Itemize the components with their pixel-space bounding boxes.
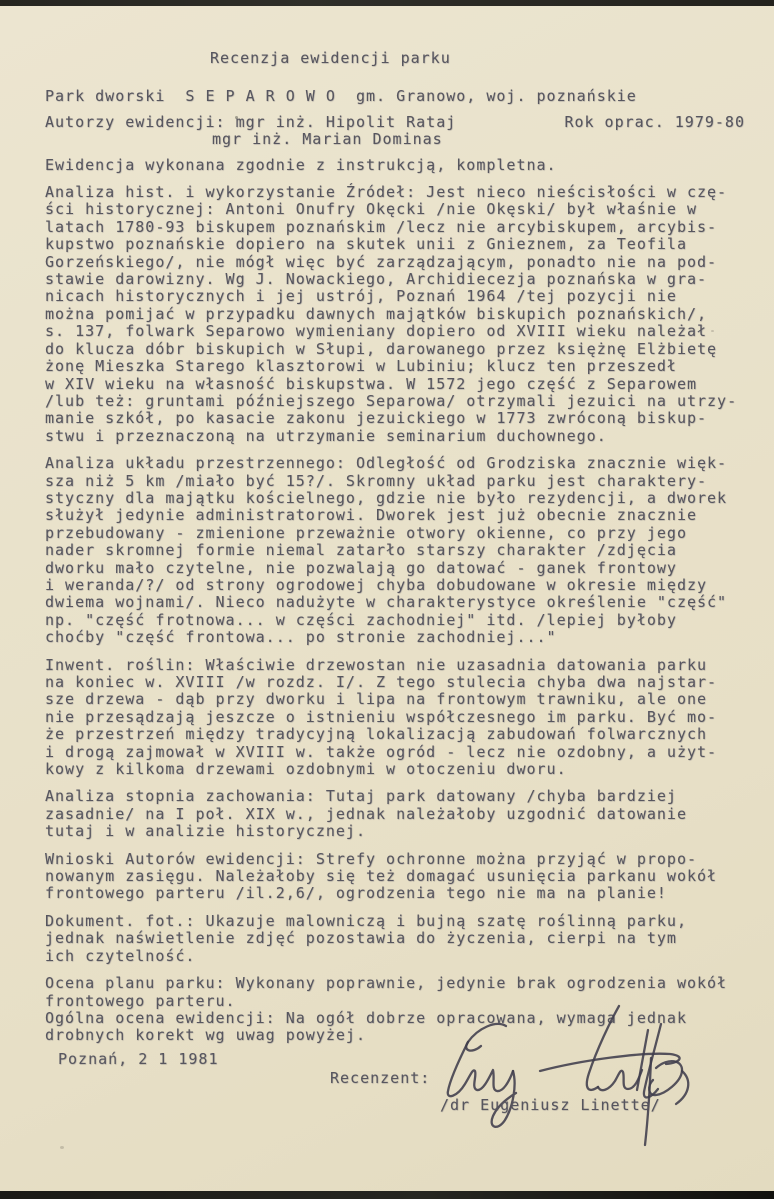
- text-line: latach 1780-93 biskupem poznańskim /lecz…: [45, 219, 760, 236]
- text-line: nicach historycznych i jej ustrój, Pozna…: [45, 288, 760, 305]
- text-line: styczny dla majątku kościelnego, gdzie n…: [45, 490, 760, 507]
- text-line: Inwent. roślin: Właściwie drzewostan nie…: [45, 657, 760, 674]
- text-line: Wnioski Autorów ewidencji: Strefy ochron…: [45, 851, 760, 868]
- typed-paragraph: Analiza hist. i wykorzystanie Źródeł: Je…: [45, 184, 760, 445]
- text-line: kowy z kilkoma drzewami ozdobnymi w otoc…: [45, 761, 760, 778]
- text-line: /lub też: gruntami późniejszego Separowa…: [45, 393, 760, 410]
- scan-edge-bottom: [0, 1191, 774, 1199]
- text-line: frontowego parteru /il.2,6/, ogrodzenia …: [45, 885, 760, 902]
- text-line: służył jedynie administratorowi. Dworek …: [45, 507, 760, 524]
- year-of-elaboration: Rok oprac. 1979-80: [564, 114, 745, 131]
- authors-row: Autorzy ewidencji: mgr inż. Hipolit Rata…: [45, 114, 745, 131]
- typed-paragraph: Analiza stopnia zachowania: Tutaj park d…: [45, 788, 760, 840]
- document-body: Analiza hist. i wykorzystanie Źródeł: Je…: [45, 184, 760, 1045]
- text-line: i drogą zajmował w XVIII w. także ogród …: [45, 744, 760, 761]
- text-line: i weranda/?/ od strony ogrodowej chyba d…: [45, 577, 760, 594]
- reviewer-signature-ink: [430, 998, 730, 1158]
- paper-speck: [60, 1146, 64, 1149]
- typed-paragraph: Dokument. fot.: Ukazuje malowniczą i buj…: [45, 913, 760, 965]
- reviewer-name-line: /dr Eugeniusz Linette/: [440, 1096, 661, 1114]
- text-line: nader skromnej formie niemal zatarło sta…: [45, 542, 760, 559]
- text-line: kupstwo poznańskie dopiero na skutek uni…: [45, 236, 760, 253]
- text-line: stawie darowizny. Wg J. Nowackiego, Arch…: [45, 271, 760, 288]
- text-line: tutaj i w analizie historycznej.: [45, 823, 760, 840]
- document-page: Recenzja ewidencji parku Park dworski S …: [0, 0, 774, 1199]
- second-author-line: mgr inż. Marian Dominas: [45, 131, 760, 148]
- text-line: nowanym zasięgu. Należałoby się też doma…: [45, 868, 760, 885]
- text-line: nie przesądzają jeszcze o istnieniu wspó…: [45, 709, 760, 726]
- document-title: Recenzja ewidencji parku: [45, 50, 760, 67]
- text-line: że przestrzeń między tradycyjną lokaliza…: [45, 726, 760, 743]
- text-line: dworku mało czytelne, nie pozwalają go d…: [45, 560, 760, 577]
- paper-speck: [235, 116, 238, 119]
- paper-speck: [711, 330, 714, 332]
- park-name-line: Park dworski S E P A R O W O gm. Granowo…: [45, 88, 760, 105]
- text-line: Ocena planu parku: Wykonany poprawnie, j…: [45, 975, 760, 992]
- text-line: np. "część frotnowa... w części zachodni…: [45, 612, 760, 629]
- typed-paragraph: Inwent. roślin: Właściwie drzewostan nie…: [45, 657, 760, 779]
- text-line: Dokument. fot.: Ukazuje malowniczą i buj…: [45, 913, 760, 930]
- text-line: dwiema wojnami/. Nieco nadużyte w charak…: [45, 594, 760, 611]
- text-line: manie szkół, po kasacie zakonu jezuickie…: [45, 410, 760, 427]
- typed-paragraph: Analiza układu przestrzennego: Odległość…: [45, 455, 760, 646]
- text-line: zasadnie/ na I poł. XIX w., jednak należ…: [45, 806, 760, 823]
- text-line: w XIV wieku na własność biskupstwa. W 15…: [45, 376, 760, 393]
- text-line: przebudowany - zmienione przeważnie otwo…: [45, 525, 760, 542]
- typed-paragraph: Wnioski Autorów ewidencji: Strefy ochron…: [45, 851, 760, 903]
- authors-line: Autorzy ewidencji: mgr inż. Hipolit Rata…: [45, 114, 456, 131]
- text-line: Analiza stopnia zachowania: Tutaj park d…: [45, 788, 760, 805]
- text-line: choćby "część frontowa... po stronie zac…: [45, 629, 760, 646]
- text-line: sze drzewa - dąb przy dworku i lipa na f…: [45, 691, 760, 708]
- text-line: ści historycznej: Antoni Onufry Okęcki /…: [45, 201, 760, 218]
- text-line: stwu i przeznaczoną na utrzymanie semina…: [45, 428, 760, 445]
- text-line: jednak naświetlenie zdjęć pozostawia do …: [45, 930, 760, 947]
- text-line: Analiza układu przestrzennego: Odległość…: [45, 455, 760, 472]
- scan-edge-top: [0, 0, 774, 6]
- completeness-note: Ewidencja wykonana zgodnie z instrukcją,…: [45, 157, 760, 174]
- text-line: na koniec w. XVIII /w rozdz. I/. Z tego …: [45, 674, 760, 691]
- text-line: Gorzeńskiego/, nie mógł więc być zarządz…: [45, 254, 760, 271]
- document-content: Recenzja ewidencji parku Park dworski S …: [45, 50, 760, 1088]
- text-line: s. 137, folwark Separowo wymieniany dopi…: [45, 323, 760, 340]
- text-line: można pomijać w przypadku dawnych majątk…: [45, 306, 760, 323]
- text-line: Analiza hist. i wykorzystanie Źródeł: Je…: [45, 184, 760, 201]
- text-line: żonę Mieszka Starego klasztorowi w Lubin…: [45, 358, 760, 375]
- text-line: sza niż 5 km /miało być 15?/. Skromny uk…: [45, 473, 760, 490]
- text-line: ich czytelność.: [45, 948, 760, 965]
- text-line: do klucza dóbr biskupich w Słupi, darowa…: [45, 341, 760, 358]
